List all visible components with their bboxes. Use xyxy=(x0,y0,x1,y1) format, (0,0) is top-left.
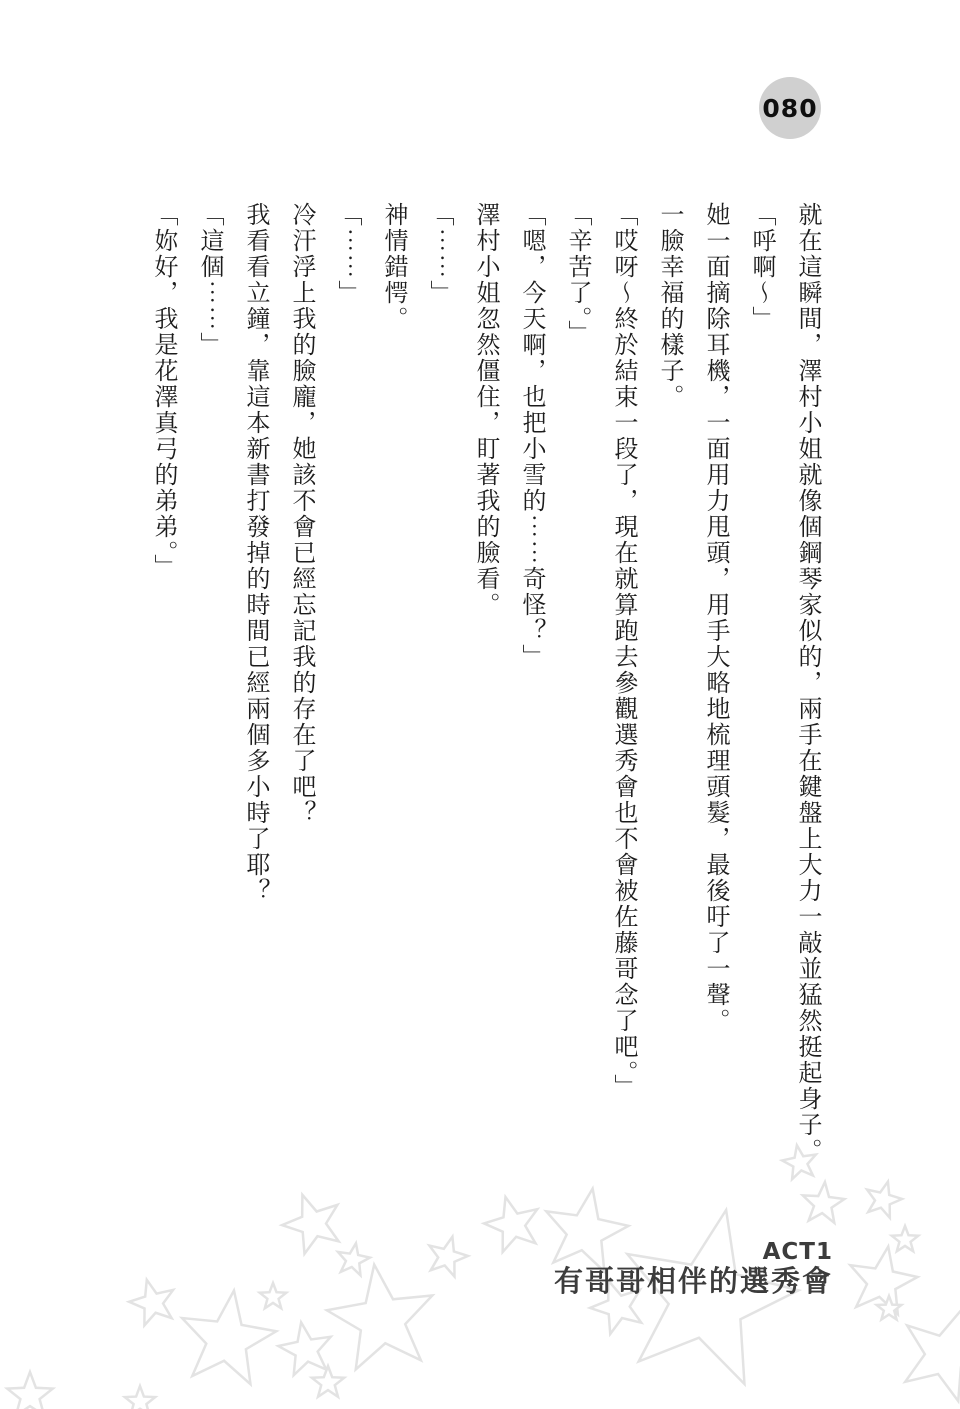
star-icon xyxy=(7,1372,53,1409)
novel-text: 就在這瞬間，澤村小姐就像個鋼琴家似的，兩手在鍵盤上大力一敲並猛然挺起身子。「呼啊… xyxy=(130,202,830,1187)
text-column: 「哎呀～終於結束一段了，現在就算跑去參觀選秀會也不會被佐藤哥念了吧。」 xyxy=(600,202,646,1187)
text-column: 就在這瞬間，澤村小姐就像個鋼琴家似的，兩手在鍵盤上大力一敲並猛然挺起身子。 xyxy=(784,202,830,1187)
page-number: 080 xyxy=(762,94,817,123)
star-icon xyxy=(877,1296,902,1320)
star-icon xyxy=(889,1294,960,1407)
text-column: 澤村小姐忽然僵住，盯著我的臉看。 xyxy=(462,202,508,1187)
star-icon xyxy=(479,1190,546,1255)
text-column: 「這個⋯⋯」 xyxy=(186,202,232,1187)
star-icon xyxy=(892,1226,919,1251)
book-page: 080 就在這瞬間，澤村小姐就像個鋼琴家似的，兩手在鍵盤上大力一敲並猛然挺起身子… xyxy=(0,0,960,1409)
text-column: 「⋯⋯」 xyxy=(324,202,370,1187)
text-column: 「呼啊～」 xyxy=(738,202,784,1187)
star-icon xyxy=(125,1386,155,1409)
star-icon xyxy=(321,1257,441,1372)
page-number-badge: 080 xyxy=(759,77,821,139)
act-label: ACT1 xyxy=(554,1240,833,1264)
text-column: 「嗯，今天啊，也把小雪的⋯⋯奇怪？」 xyxy=(508,202,554,1187)
text-column: 我看看立鐘，靠這本新書打發掉的時間已經兩個多小時了耶？ xyxy=(232,202,278,1187)
star-icon xyxy=(862,1177,906,1220)
text-column: 一臉幸福的樣子。 xyxy=(646,202,692,1187)
text-column: 冷汗浮上我的臉龐，她該不會已經忘記我的存在了吧？ xyxy=(278,202,324,1187)
text-column: 「辛苦了。」 xyxy=(554,202,600,1187)
star-icon xyxy=(174,1284,281,1387)
star-icon xyxy=(335,1240,372,1276)
chapter-title: 有哥哥相伴的選秀會 xyxy=(554,1264,833,1298)
star-icon xyxy=(260,1283,287,1308)
text-column: 她一面摘除耳機，一面用力甩頭，用手大略地梳理頭髮，最後吁了一聲。 xyxy=(692,202,738,1187)
star-icon xyxy=(423,1232,471,1279)
star-icon xyxy=(312,1366,344,1397)
text-column: 神情錯愕。 xyxy=(370,202,416,1187)
text-column: 「妳好，我是花澤真弓的弟弟。」 xyxy=(140,202,186,1187)
chapter-footer: ACT1 有哥哥相伴的選秀會 xyxy=(554,1240,833,1298)
star-icon xyxy=(125,1274,180,1328)
star-icon xyxy=(275,1185,350,1258)
text-column: 「⋯⋯」 xyxy=(416,202,462,1187)
